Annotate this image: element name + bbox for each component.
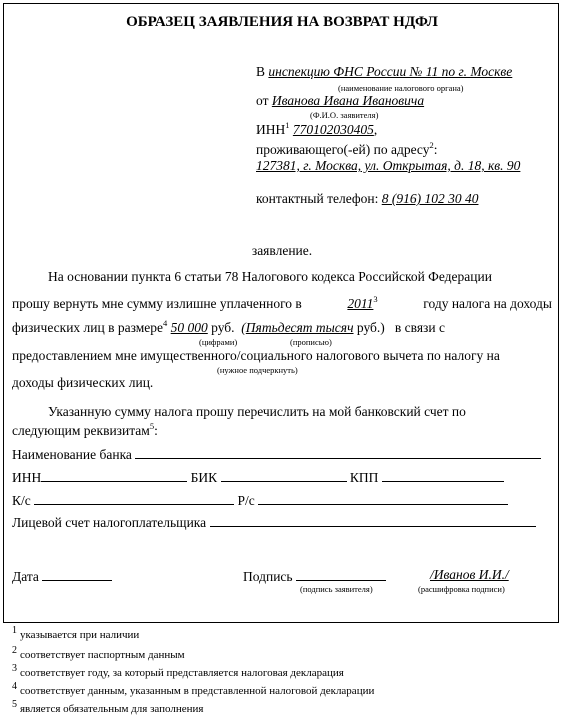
recipient-hint: (наименование налогового органа) bbox=[338, 83, 464, 93]
inn-line: ИНН1 770102030405, bbox=[256, 122, 377, 138]
body-line-2: прошу вернуть мне сумму излишне уплаченн… bbox=[12, 296, 552, 312]
amount-words-field[interactable]: Пятьдесят тысяч bbox=[246, 320, 354, 335]
phone-line: контактный телефон: 8 (916) 102 30 40 bbox=[256, 191, 478, 207]
amount-digits-field[interactable]: 50 000 bbox=[171, 320, 208, 335]
address-field[interactable]: 127381, г. Москва, ул. Открытая, д. 18, … bbox=[256, 158, 520, 174]
bank-inn-input[interactable] bbox=[41, 469, 187, 482]
document-type: заявление. bbox=[0, 243, 564, 259]
recipient-line: В инспекцию ФНС России № 11 по г. Москве bbox=[256, 64, 512, 80]
applicant-line: от Иванова Ивана Ивановича bbox=[256, 93, 424, 109]
applicant-hint: (Ф.И.О. заявителя) bbox=[310, 110, 378, 120]
corr-account-input[interactable] bbox=[34, 492, 234, 505]
signature-input[interactable] bbox=[296, 568, 386, 581]
bank-ids-row: ИНН БИК КПП bbox=[12, 469, 504, 486]
date-row: Дата bbox=[12, 568, 112, 585]
recipient-field[interactable]: инспекцию ФНС России № 11 по г. Москве bbox=[268, 64, 512, 79]
body-p2-line-2: следующим реквизитам5: bbox=[12, 423, 158, 439]
personal-account-row: Лицевой счет налогоплательщика bbox=[12, 514, 536, 531]
body-line-1: На основании пункта 6 статьи 78 Налогово… bbox=[48, 269, 492, 285]
signature-row: Подпись bbox=[243, 568, 386, 585]
accounts-row: К/с Р/с bbox=[12, 492, 508, 509]
settlement-account-input[interactable] bbox=[258, 492, 508, 505]
tax-year-field[interactable]: 2011 bbox=[347, 296, 373, 311]
footnote: 4соответствует данным, указанным в предс… bbox=[12, 684, 374, 698]
bank-name-row: Наименование банка bbox=[12, 446, 541, 463]
body-line-4: предоставлением мне имущественного/социа… bbox=[12, 348, 552, 364]
signature-decode-hint: (расшифровка подписи) bbox=[418, 584, 505, 594]
bik-input[interactable] bbox=[221, 469, 347, 482]
date-input[interactable] bbox=[42, 568, 112, 581]
body-p2-line-1: Указанную сумму налога прошу перечислить… bbox=[48, 404, 466, 420]
signature-hint: (подпись заявителя) bbox=[300, 584, 373, 594]
phone-field[interactable]: 8 (916) 102 30 40 bbox=[382, 191, 479, 206]
footnote: 3соответствует году, за который представ… bbox=[12, 666, 344, 680]
footnote: 2соответствует паспортным данным bbox=[12, 648, 185, 662]
body-line-3: физических лиц в размере4 50 000 руб. (П… bbox=[12, 320, 445, 336]
footnote: 1указывается при наличии bbox=[12, 628, 139, 642]
inn-field[interactable]: 770102030405 bbox=[293, 122, 374, 137]
applicant-name-field[interactable]: Иванова Ивана Ивановича bbox=[272, 93, 424, 108]
bank-name-input[interactable] bbox=[135, 446, 541, 459]
personal-account-input[interactable] bbox=[210, 514, 536, 527]
document-title: ОБРАЗЕЦ ЗАЯВЛЕНИЯ НА ВОЗВРАТ НДФЛ bbox=[0, 14, 564, 31]
underline-hint: (нужное подчеркнуть) bbox=[217, 365, 298, 375]
body-line-5: доходы физических лиц. bbox=[12, 375, 153, 391]
footnote: 5является обязательным для заполнения bbox=[12, 702, 204, 716]
address-label: проживающего(-ей) по адресу2: bbox=[256, 142, 438, 158]
signature-decode-field[interactable]: /Иванов И.И./ bbox=[430, 567, 509, 583]
digits-hint: (цифрами) bbox=[199, 337, 237, 347]
kpp-input[interactable] bbox=[382, 469, 504, 482]
words-hint: (прописью) bbox=[290, 337, 332, 347]
